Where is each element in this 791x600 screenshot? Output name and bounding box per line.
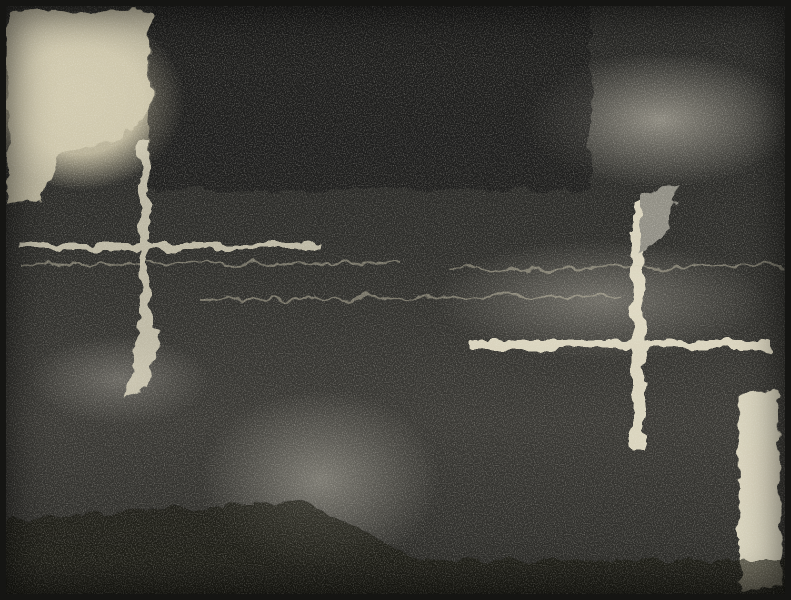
abstract-print — [0, 0, 791, 600]
print-texture — [0, 0, 791, 600]
